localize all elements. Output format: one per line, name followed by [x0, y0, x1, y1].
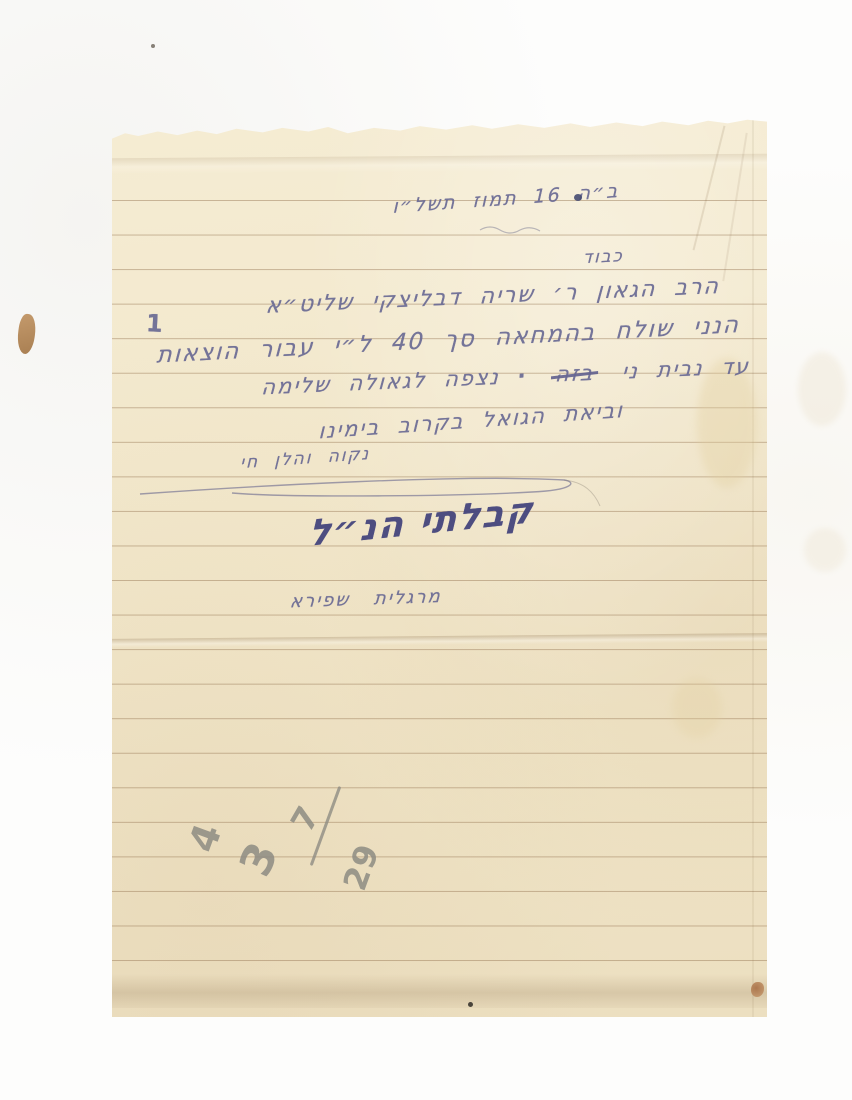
midline-dot: · [517, 364, 529, 389]
date-underline-squiggle [478, 222, 542, 236]
edge-crease [752, 118, 754, 1017]
pencil-number: 29 [335, 839, 387, 896]
paper-discoloration [672, 678, 722, 738]
ink-dot [468, 1002, 473, 1007]
redeemer-line: וביאת הגואל בקרוב בימינו [262, 398, 624, 447]
margin-smudge [798, 352, 846, 426]
pencil-digit: 3 [230, 835, 289, 884]
date-line: ב״ה 16 תמוז תשל״ו [392, 180, 619, 218]
fold-crease-top [112, 154, 767, 175]
recipient-line: הרב הגאון ר׳ שריה דבליצקי שליט״א [237, 274, 721, 320]
pencil-digit: 4 [180, 818, 230, 858]
ink-blot [574, 194, 582, 201]
letter-paper: ב״ה 16 תמוז תשל״ו כבוד 1 הרב הגאון ר׳ שר… [112, 118, 767, 1017]
struck-word: בזה [554, 361, 595, 387]
margin-smudge [804, 528, 846, 572]
paper-fragment-stain [15, 313, 37, 355]
salutation: כבוד [583, 246, 625, 268]
hope-suffix: נצפה לגאולה שלימה [261, 365, 501, 400]
fold-crease-bottom [112, 974, 767, 1008]
signer-name: מרגלית שפירא [289, 586, 443, 612]
scan-background: ב״ה 16 תמוז תשל״ו כבוד 1 הרב הגאון ר׳ שר… [0, 0, 852, 1100]
corner-crease [693, 126, 726, 251]
margin-stroke-mark: 1 [145, 309, 163, 338]
dust-speck [151, 44, 155, 48]
fold-crease-middle [112, 633, 767, 648]
